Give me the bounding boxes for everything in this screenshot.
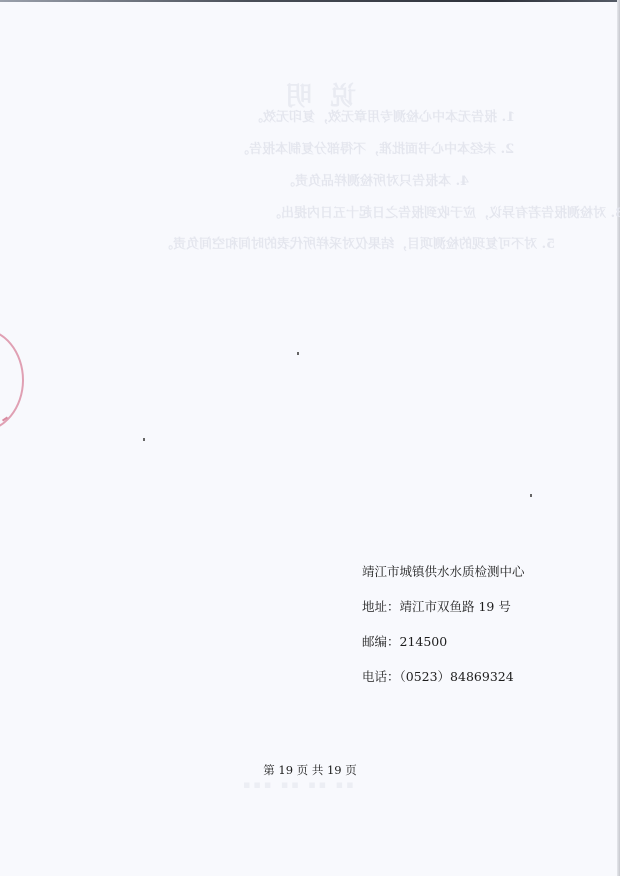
- bleed-through-line: 4. 本报告只对所检测样品负责。: [282, 170, 469, 189]
- scan-speck: [297, 352, 299, 355]
- scan-speck: [143, 438, 145, 441]
- scan-speck: [530, 494, 532, 497]
- footer-bleed-through: ▪▪ ▪▪ ▪▪ ▪▪▪: [240, 778, 354, 791]
- address: 地址：靖江市双鱼路 19 号: [362, 601, 525, 636]
- page-number: 第 19 页 共 19 页: [0, 762, 620, 778]
- document-page: 说明 1. 报告无本中心检测专用章无效，复印无效。 2. 未经本中心书面批准，不…: [0, 0, 620, 876]
- scan-top-edge: [0, 0, 620, 2]
- red-seal-stamp: [0, 328, 24, 432]
- bleed-through-line: 5. 对不可复现的检测项目，结果仅对采样所代表的时间和空间负责。: [160, 233, 555, 252]
- bleed-through-line: 3. 对检测报告若有异议，应于收到报告之日起十五日内提出。: [268, 202, 620, 221]
- contact-block: 靖江市城镇供水水质检测中心 地址：靖江市双鱼路 19 号 邮编：214500 电…: [362, 566, 525, 706]
- phone: 电话：（0523）84869324: [362, 671, 525, 706]
- bleed-through-line: 1. 报告无本中心检测专用章无效，复印无效。: [250, 106, 515, 125]
- organization-name: 靖江市城镇供水水质检测中心: [362, 566, 525, 601]
- postcode: 邮编：214500: [362, 636, 525, 671]
- bleed-through-line: 2. 未经本中心书面批准，不得部分复制本报告。: [236, 138, 514, 157]
